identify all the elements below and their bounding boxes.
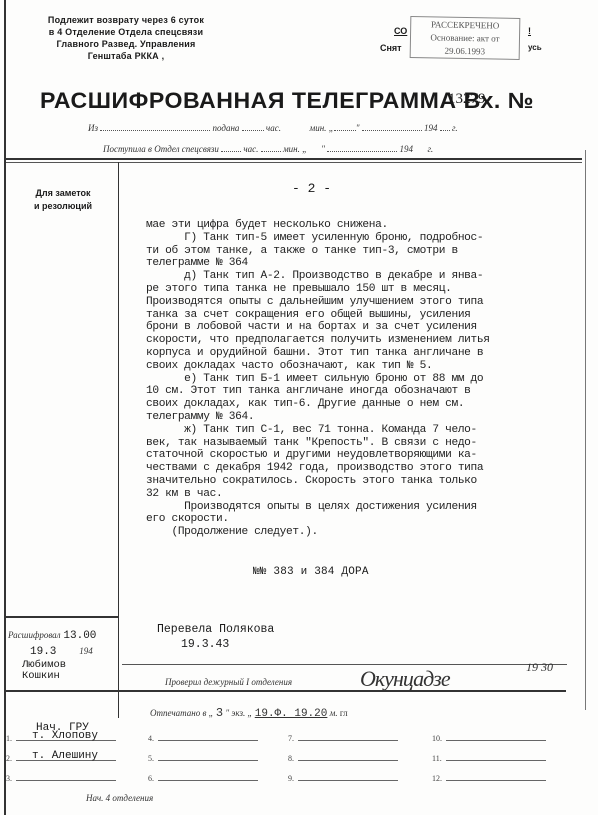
distribution-field (158, 772, 258, 781)
distribution-item: 10. (432, 732, 546, 743)
body-line: Производятся опыты с дальнейшим улучшени… (146, 296, 586, 309)
from-label: Из (88, 123, 98, 133)
distribution-recipient: т. Алешину (32, 750, 98, 762)
distribution-number: 11. (432, 754, 442, 763)
telegram-body: мае эти цифра будет несколько снижена. Г… (146, 219, 586, 539)
body-line: е) Танк тип Б-1 имеет сильную броню от 8… (146, 373, 586, 386)
printed-copies-suffix: экз. (231, 708, 245, 718)
header-separator-thin (6, 162, 582, 163)
body-line: телеграмму № 364. (146, 411, 586, 424)
distribution-item: 5. (148, 752, 258, 763)
body-line: танка за счет сокращения его общей вышин… (146, 309, 586, 322)
notes-label: Для заметок и резолюций (18, 187, 108, 213)
distribution-field (298, 772, 398, 781)
body-line: телеграмме № 364 (146, 257, 586, 270)
return-note-line: Генштаба РККА , (26, 50, 226, 62)
page-number: - 2 - (292, 181, 331, 196)
printed-suffix: м. (330, 708, 338, 718)
checked-row-top (122, 664, 567, 665)
body-line: век, так называемый танк "Крепость". В с… (146, 437, 586, 450)
distribution-number: 2. (6, 754, 12, 763)
distribution-item: 4. (148, 732, 258, 743)
translated-by: Перевела Полякова (157, 622, 274, 637)
translated-date: 19.3.43 (157, 637, 274, 652)
distribution-field (16, 772, 116, 781)
received-min-field (261, 143, 281, 152)
body-line: значительно сократилось. Скорость этого … (146, 475, 586, 488)
submitted-label: подана (213, 123, 240, 133)
signoff: №№ 383 и 384 ДОРА (253, 566, 369, 578)
year-label: 194 (399, 144, 413, 154)
body-line: (Продолжение следует.). (146, 526, 586, 539)
body-line: Г) Танк тип-5 имеет усиленную броню, под… (146, 232, 586, 245)
printed-time: 19.Ф. 19.20 (255, 708, 328, 720)
distribution-item: 12. (432, 772, 546, 783)
year-suffix: г. (427, 144, 433, 154)
distribution-field (446, 752, 546, 761)
body-line: ти об этом танке, а также о танке тип-3,… (146, 245, 586, 258)
deciphered-label: Расшифровал (8, 630, 61, 640)
distribution-item: 6. (148, 772, 258, 783)
notes-label-line: и резолюций (18, 200, 108, 213)
notes-label-line: Для заметок (18, 187, 108, 200)
distribution-item: 3. (6, 772, 116, 783)
checked-row-bottom (6, 690, 566, 692)
body-line: брони в лобовой части и на бортах и за с… (146, 321, 586, 334)
body-line: корпуса и орудийной башни. Этот тип танк… (146, 347, 586, 360)
return-note-line: в 4 Отделение Отдела спецсвязи (26, 26, 226, 38)
body-line: ж) Танк тип С-1, вес 71 тонна. Команда 7… (146, 424, 586, 437)
body-line: скорости, что предполагается получить из… (146, 334, 586, 347)
distribution-number: 3. (6, 774, 12, 783)
distribution-field (446, 772, 546, 781)
deciphered-block: Расшифровал 13.00 19.3 194 Любимов Кошки… (8, 628, 118, 682)
deciphered-date: 19.3 (30, 646, 56, 658)
secrecy-mark-top-right: ! (528, 26, 531, 36)
decipher-box-top (6, 616, 119, 618)
received-month-field (327, 143, 397, 152)
body-line: своих докладах, как тип-6. Другие данные… (146, 398, 586, 411)
return-note-line: Подлежит возврату через 6 суток (26, 14, 226, 26)
distribution-item: 7. (288, 732, 398, 743)
body-line: Производятся опыты в целях достижения ус… (146, 501, 586, 514)
received-label: Поступила в Отдел спецсвязи (103, 144, 219, 154)
distribution-field (298, 732, 398, 741)
body-line: мае эти цифра будет несколько снижена. (146, 219, 586, 232)
printed-row: Отпечатано в „ 3 " экз. „ 19.Ф. 19.20 м.… (150, 706, 348, 720)
printed-label: Отпечатано в (150, 708, 206, 718)
body-line: чествами с декабря 1942 года, производст… (146, 462, 586, 475)
deciphered-time: 13.00 (63, 630, 96, 642)
distribution-number: 5. (148, 754, 154, 763)
form-from-row: Из подана час. мин. „" 194 г. (88, 122, 458, 133)
month-field (362, 122, 422, 131)
distribution-recipient: т. Хлопову (32, 730, 98, 742)
header-separator (6, 158, 582, 160)
distribution-number: 8. (288, 754, 294, 763)
year-suffix: г. (452, 123, 458, 133)
year-field (440, 122, 450, 131)
distribution-number: 6. (148, 774, 154, 783)
secrecy-mark-bottom: Снят (380, 43, 402, 53)
distribution-field (158, 732, 258, 741)
day-field (334, 122, 356, 131)
distribution-number: 4. (148, 734, 154, 743)
hour-label: час. (266, 123, 281, 133)
body-line: д) Танк тип А-2. Производство в декабре … (146, 270, 586, 283)
hour-label: час. (243, 144, 258, 154)
received-hour-field (221, 143, 241, 152)
body-line: статочной скоростью и другими неудовлетв… (146, 449, 586, 462)
distribution-item: 11. (432, 752, 546, 763)
secrecy-mark-top: СО (394, 26, 407, 36)
decipherer-name: Кошкин (8, 671, 118, 682)
distribution-field (446, 732, 546, 741)
hour-field (242, 122, 264, 131)
distribution-number: 1. (6, 734, 12, 743)
column-divider (118, 162, 119, 718)
checked-label: Проверил дежурный I отделения (165, 677, 292, 687)
telegram-number: 13279 (448, 91, 486, 108)
translator-block: Перевела Полякова 19.3.43 (157, 622, 274, 652)
form-received-row: Поступила в Отдел спецсвязи час. мин. „"… (103, 143, 433, 154)
distribution-item: 8. (288, 752, 398, 763)
distribution-field (298, 752, 398, 761)
stamp-line: 29.06.1993 (411, 44, 519, 59)
page-border-left (4, 0, 6, 815)
printed-copies: 3 (216, 706, 223, 720)
distribution-item: 9. (288, 772, 398, 783)
distribution-number: 10. (432, 734, 442, 743)
declassification-stamp: РАССЕКРЕЧЕНО Основание: акт от 29.06.199… (410, 16, 521, 60)
body-line: 10 см. Этот тип танка англичане иногда о… (146, 385, 586, 398)
return-note: Подлежит возврату через 6 суток в 4 Отде… (26, 14, 226, 62)
min-label: мин. (283, 144, 300, 154)
min-label: мин. (309, 123, 326, 133)
checked-time: 19 30 (526, 660, 553, 675)
body-line: ре этого типа танка не превышало 150 шт … (146, 283, 586, 296)
distribution-number: 7. (288, 734, 294, 743)
printed-initials: гл (340, 708, 348, 718)
distribution-field (158, 752, 258, 761)
year-label: 194 (424, 123, 438, 133)
body-line: своих докладах часто обозначают, как тип… (146, 360, 586, 373)
distribution-number: 12. (432, 774, 442, 783)
secrecy-mark-bottom-right: усь (528, 43, 542, 52)
distribution-number: 9. (288, 774, 294, 783)
deciphered-year: 194 (79, 646, 93, 656)
checked-signature: Окунцадзе (360, 666, 450, 692)
return-note-line: Главного Развед. Управления (26, 38, 226, 50)
body-line: его скорости. (146, 513, 586, 526)
from-field (100, 122, 210, 131)
dept-head-label: Нач. 4 отделения (86, 793, 153, 803)
body-line: 32 км в час. (146, 488, 586, 501)
